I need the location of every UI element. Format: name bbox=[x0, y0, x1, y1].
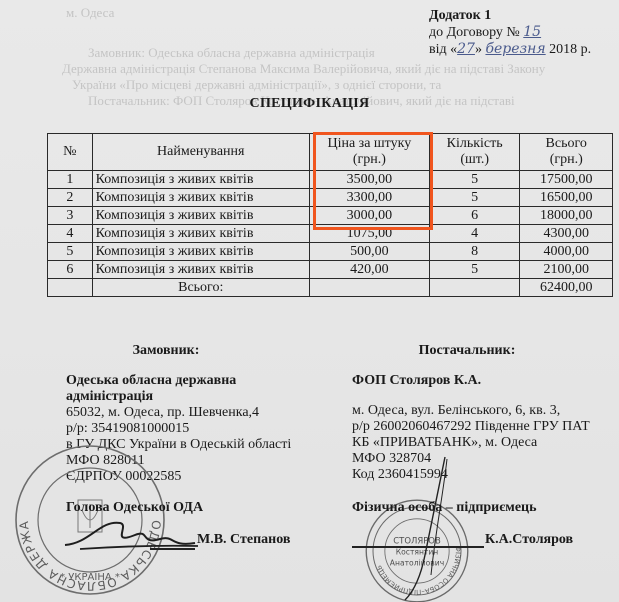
table-row: 1Композиція з живих квітів3500,00517500,… bbox=[48, 171, 613, 189]
supplier-signer-name: К.А.Столяров bbox=[485, 532, 573, 548]
item-name: Композиція з живих квітів bbox=[92, 171, 309, 189]
addendum-header: Додаток 1 до Договору № 15 від «27» бере… bbox=[429, 7, 591, 58]
row-number: 2 bbox=[48, 189, 93, 207]
supplier-block: Постачальник: ФОП Столяров К.А. м. Одеса… bbox=[352, 343, 617, 483]
background-text: м. Одеса bbox=[66, 4, 114, 21]
line-total: 17500,00 bbox=[520, 171, 613, 189]
date-day: 27 bbox=[457, 41, 475, 57]
supplier-mfo: МФО 328704 bbox=[352, 451, 617, 467]
background-text: Замовник: Одеська обласна державна адмін… bbox=[88, 44, 375, 61]
supplier-heading: Постачальник: bbox=[352, 343, 582, 359]
customer-heading: Замовник: bbox=[56, 343, 276, 359]
item-name: Композиція з живих квітів bbox=[92, 189, 309, 207]
supplier-address: м. Одеса, вул. Белінського, 6, кв. 3, bbox=[352, 403, 617, 419]
line-total: 16500,00 bbox=[520, 189, 613, 207]
addendum-title: Додаток 1 bbox=[429, 7, 591, 24]
supplier-signature-line bbox=[352, 546, 484, 548]
line-total: 2100,00 bbox=[520, 261, 613, 279]
unit-price: 420,00 bbox=[309, 261, 429, 279]
customer-signature-line bbox=[150, 548, 195, 550]
unit-price: 1075,00 bbox=[309, 225, 429, 243]
background-text: України «Про місцеві державні адміністра… bbox=[72, 76, 441, 93]
quantity: 5 bbox=[429, 171, 520, 189]
item-name: Композиція з живих квітів bbox=[92, 225, 309, 243]
customer-name-cont: адміністрація bbox=[66, 389, 336, 405]
customer-account: р/р: 35419081000015 bbox=[66, 421, 336, 437]
header-no: № bbox=[48, 134, 93, 171]
contract-number: 15 bbox=[523, 24, 541, 40]
item-name: Композиція з живих квітів bbox=[92, 243, 309, 261]
table-row: 4Композиція з живих квітів1075,0044300,0… bbox=[48, 225, 613, 243]
unit-price: 500,00 bbox=[309, 243, 429, 261]
background-text: Державна адміністрація Степанова Максима… bbox=[62, 60, 545, 77]
contract-date: від «27» березня 2018 р. bbox=[429, 41, 591, 58]
customer-signer-name: М.В. Степанов bbox=[197, 532, 290, 548]
table-header-row: № Найменування Ціна за штуку (грн.) Кіль… bbox=[48, 134, 613, 171]
header-name: Найменування bbox=[92, 134, 309, 171]
date-month: березня bbox=[485, 41, 545, 57]
unit-price: 3000,00 bbox=[309, 207, 429, 225]
svg-text:* УКРАЇНА *: * УКРАЇНА * bbox=[60, 570, 120, 583]
quantity: 5 bbox=[429, 189, 520, 207]
table-row: 2Композиція з живих квітів3300,00516500,… bbox=[48, 189, 613, 207]
item-name: Композиція з живих квітів bbox=[92, 261, 309, 279]
line-total: 4300,00 bbox=[520, 225, 613, 243]
header-price: Ціна за штуку (грн.) bbox=[309, 134, 429, 171]
header-total: Всього (грн.) bbox=[520, 134, 613, 171]
quantity: 5 bbox=[429, 261, 520, 279]
row-number: 3 bbox=[48, 207, 93, 225]
supplier-account: р/р 26002060467292 Південне ГРУ ПАТ bbox=[352, 419, 617, 435]
unit-price: 3500,00 bbox=[309, 171, 429, 189]
table-row: 5Композиція з живих квітів500,0084000,00 bbox=[48, 243, 613, 261]
row-number: 6 bbox=[48, 261, 93, 279]
quantity: 8 bbox=[429, 243, 520, 261]
supplier-code: Код 2360415994 bbox=[352, 467, 617, 483]
table-total-row: Всього: 62400,00 bbox=[48, 279, 613, 297]
customer-signer-title: Голова Одеської ОДА bbox=[66, 500, 203, 516]
supplier-bank: КБ «ПРИВАТБАНК», м. Одеса bbox=[352, 435, 617, 451]
unit-price: 3300,00 bbox=[309, 189, 429, 207]
line-total: 18000,00 bbox=[520, 207, 613, 225]
row-number: 4 bbox=[48, 225, 93, 243]
document-page: м. Одеса Замовник: Одеська обласна держа… bbox=[0, 0, 619, 602]
total-value: 62400,00 bbox=[520, 279, 613, 297]
row-number: 5 bbox=[48, 243, 93, 261]
supplier-signature-icon bbox=[395, 455, 455, 602]
line-total: 4000,00 bbox=[520, 243, 613, 261]
item-name: Композиція з живих квітів bbox=[92, 207, 309, 225]
supplier-signer-title: Фізична особа – підприємець bbox=[352, 500, 537, 516]
table-row: 6Композиція з живих квітів420,0052100,00 bbox=[48, 261, 613, 279]
header-qty: Кількість (шт.) bbox=[429, 134, 520, 171]
table-row: 3Композиція з живих квітів3000,00618000,… bbox=[48, 207, 613, 225]
total-label: Всього: bbox=[92, 279, 309, 297]
supplier-name: ФОП Столяров К.А. bbox=[352, 373, 617, 389]
quantity: 4 bbox=[429, 225, 520, 243]
contract-reference: до Договору № 15 bbox=[429, 24, 591, 41]
row-number: 1 bbox=[48, 171, 93, 189]
customer-address: 65032, м. Одеса, пр. Шевченка,4 bbox=[66, 405, 336, 421]
document-title: СПЕЦИФІКАЦІЯ bbox=[0, 96, 619, 112]
specification-table: № Найменування Ціна за штуку (грн.) Кіль… bbox=[47, 133, 613, 297]
customer-name: Одеська обласна державна bbox=[66, 373, 336, 389]
quantity: 6 bbox=[429, 207, 520, 225]
